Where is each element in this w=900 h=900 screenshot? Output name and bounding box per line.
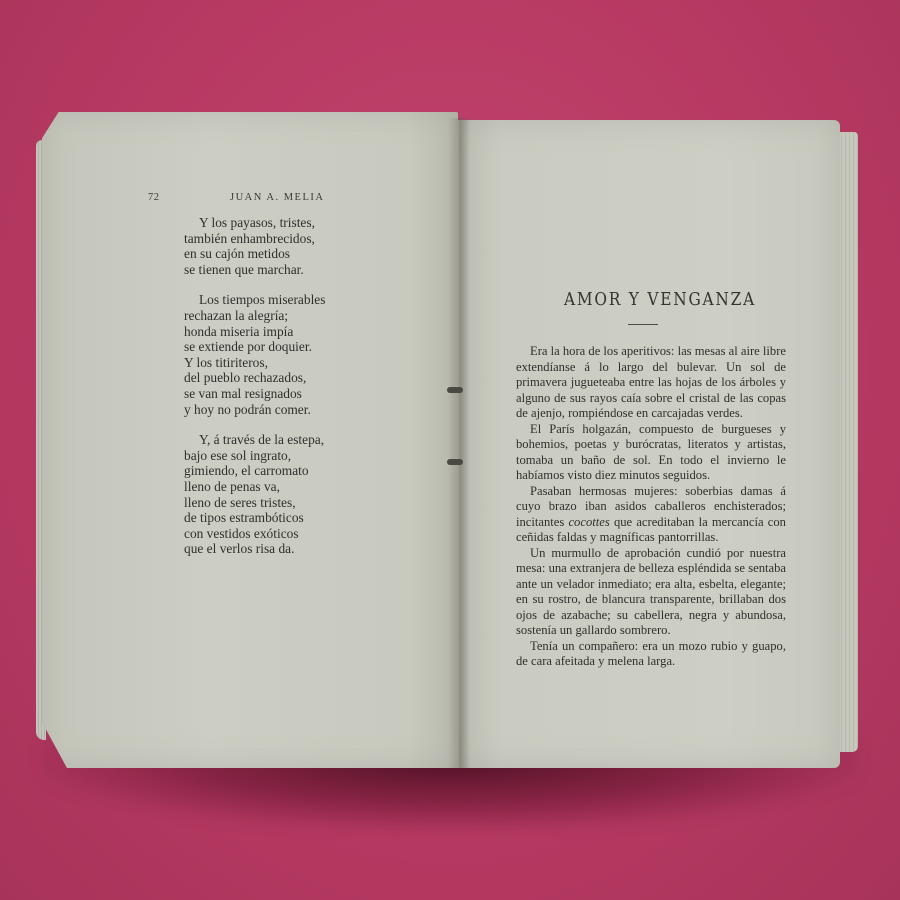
paragraph: Pasaban hermosas mujeres: soberbias dama… <box>516 484 786 546</box>
poem-line: de tipos estrambóticos <box>184 510 325 526</box>
poem-line: se extiende por doquier. <box>184 339 325 355</box>
staple-bottom <box>447 459 463 465</box>
poem-line: rechazan la alegría; <box>184 308 325 324</box>
poem-line: bajo ese sol ingrato, <box>184 448 325 464</box>
running-head-author: JUAN A. MELIA <box>230 192 324 203</box>
poem-line: en su cajón metidos <box>184 246 325 262</box>
poem-line: se van mal resignados <box>184 386 325 402</box>
poem-line: gimiendo, el carromato <box>184 463 325 479</box>
poem-line: honda miseria impía <box>184 324 325 340</box>
staple-top <box>447 387 463 393</box>
poem-line: Los tiempos miserables <box>184 292 325 308</box>
poem-line: con vestidos exóticos <box>184 526 325 542</box>
stanza-2: Los tiempos miserables rechazan la alegr… <box>184 292 325 417</box>
paragraph: Tenía un compañero: era un mozo rubio y … <box>516 639 786 670</box>
page-number: 72 <box>148 192 160 203</box>
poem-line: se tienen que marchar. <box>184 262 325 278</box>
stanza-1: Y los payasos, tristes, también enhambre… <box>184 215 325 277</box>
poem-line: Y los titiriteros, <box>184 355 325 371</box>
poem: Y los payasos, tristes, también enhambre… <box>184 215 325 572</box>
poem-line: lleno de seres tristes, <box>184 495 325 511</box>
chapter-title: AMOR Y VENGANZA <box>537 290 783 310</box>
book-gutter <box>448 118 470 768</box>
italic-word: cocottes <box>568 515 609 529</box>
title-rule <box>628 324 658 325</box>
paragraph: Un murmullo de aprobación cundió por nue… <box>516 546 786 639</box>
poem-line: del pueblo rechazados, <box>184 370 325 386</box>
paragraph: El París holgazán, compuesto de burguese… <box>516 422 786 484</box>
open-book: 72 JUAN A. MELIA Y los payasos, tristes,… <box>0 0 900 900</box>
poem-line: lleno de penas va, <box>184 479 325 495</box>
poem-line: Y los payasos, tristes, <box>184 215 325 231</box>
paragraph: Era la hora de los aperitivos: las mesas… <box>516 344 786 422</box>
poem-line: que el verlos risa da. <box>184 541 325 557</box>
poem-line: Y, á través de la estepa, <box>184 432 325 448</box>
prose: Era la hora de los aperitivos: las mesas… <box>516 344 786 670</box>
stanza-3: Y, á través de la estepa, bajo ese sol i… <box>184 432 325 557</box>
poem-line: y hoy no podrán comer. <box>184 402 325 418</box>
poem-line: también enhambrecidos, <box>184 231 325 247</box>
